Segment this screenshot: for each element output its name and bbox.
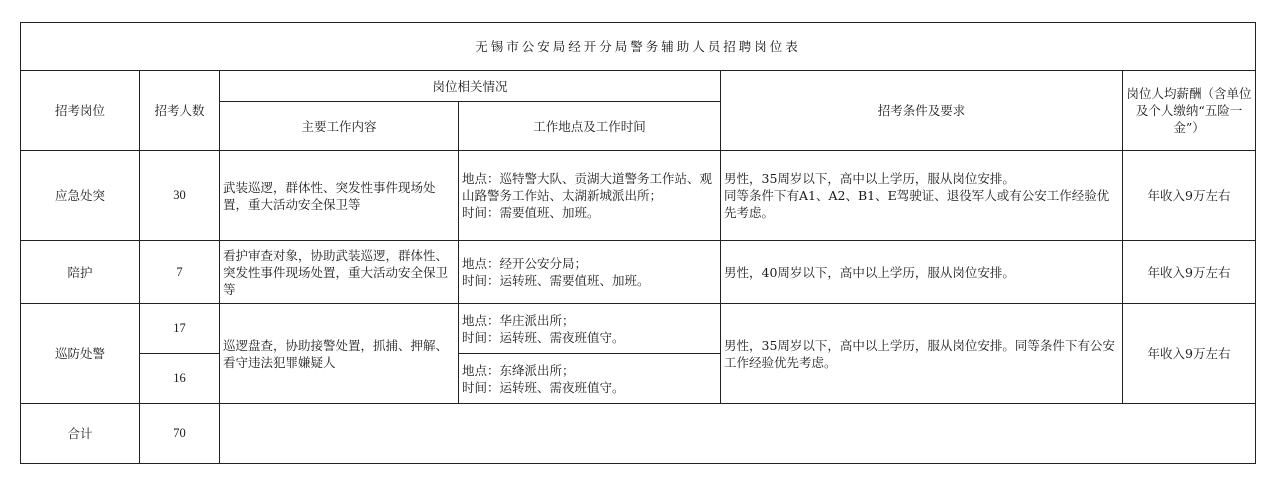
page-title: 无锡市公安局经开分局警务辅助人员招聘岗位表	[21, 23, 1256, 71]
content-cell: 武装巡逻，群体性、突发性事件现场处置，重大活动安全保卫等	[220, 151, 459, 241]
time-text: 时间：需要值班、加班。	[462, 204, 718, 221]
time-text: 时间：运转班、需夜班值守。	[462, 379, 718, 396]
requirements-cell: 男性，35周岁以下，高中以上学历，服从岗位安排。同等条件下有公安工作经验优先考虑…	[721, 304, 1123, 404]
location-text: 地点：东绛派出所；	[462, 362, 718, 379]
count-cell: 16	[140, 354, 220, 404]
requirements-cell: 男性，40周岁以下，高中以上学历，服从岗位安排。	[721, 241, 1123, 304]
total-empty-cell	[220, 404, 1256, 464]
position-cell: 巡防处警	[21, 304, 140, 404]
location-text: 地点：巡特警大队、贡湖大道警务工作站、观山路警务工作站、太湖新城派出所；	[462, 170, 718, 204]
count-cell: 30	[140, 151, 220, 241]
header-location-time: 工作地点及工作时间	[459, 102, 721, 151]
location-text: 地点：华庄派出所；	[462, 312, 718, 329]
header-related: 岗位相关情况	[220, 71, 721, 102]
location-time-cell: 地点：经开公安分局； 时间：运转班、需要值班、加班。	[459, 241, 721, 304]
table-row: 巡防处警 17 巡逻盘查，协助接警处置，抓捕、押解、看守违法犯罪嫌疑人 地点：华…	[21, 304, 1256, 354]
salary-cell: 年收入9万左右	[1123, 304, 1256, 404]
table-row: 应急处突 30 武装巡逻，群体性、突发性事件现场处置，重大活动安全保卫等 地点：…	[21, 151, 1256, 241]
salary-cell: 年收入9万左右	[1123, 151, 1256, 241]
total-count: 70	[140, 404, 220, 464]
header-requirements: 招考条件及要求	[721, 71, 1123, 151]
count-cell: 17	[140, 304, 220, 354]
content-cell: 巡逻盘查，协助接警处置，抓捕、押解、看守违法犯罪嫌疑人	[220, 304, 459, 404]
count-cell: 7	[140, 241, 220, 304]
requirements-text: 男性，35周岁以下，高中以上学历，服从岗位安排。	[724, 170, 1120, 187]
time-text: 时间：运转班、需夜班值守。	[462, 329, 718, 346]
total-label: 合计	[21, 404, 140, 464]
requirements-text: 同等条件下有A1、A2、B1、E驾驶证、退役军人或有公安工作经验优先考虑。	[724, 187, 1120, 221]
header-position: 招考岗位	[21, 71, 140, 151]
requirements-cell: 男性，35周岁以下，高中以上学历，服从岗位安排。 同等条件下有A1、A2、B1、…	[721, 151, 1123, 241]
location-time-cell: 地点：巡特警大队、贡湖大道警务工作站、观山路警务工作站、太湖新城派出所； 时间：…	[459, 151, 721, 241]
salary-cell: 年收入9万左右	[1123, 241, 1256, 304]
total-row: 合计 70	[21, 404, 1256, 464]
header-count: 招考人数	[140, 71, 220, 151]
position-cell: 陪护	[21, 241, 140, 304]
location-time-cell: 地点：华庄派出所； 时间：运转班、需夜班值守。	[459, 304, 721, 354]
time-text: 时间：运转班、需要值班、加班。	[462, 272, 718, 289]
location-text: 地点：经开公安分局；	[462, 255, 718, 272]
content-cell: 看护审查对象，协助武装巡逻，群体性、突发性事件现场处置，重大活动安全保卫等	[220, 241, 459, 304]
header-content: 主要工作内容	[220, 102, 459, 151]
position-cell: 应急处突	[21, 151, 140, 241]
header-salary: 岗位人均薪酬（含单位及个人缴纳“五险一金”）	[1123, 71, 1256, 151]
table-row: 陪护 7 看护审查对象，协助武装巡逻，群体性、突发性事件现场处置，重大活动安全保…	[21, 241, 1256, 304]
recruitment-table: 无锡市公安局经开分局警务辅助人员招聘岗位表 招考岗位 招考人数 岗位相关情况 招…	[20, 22, 1256, 464]
location-time-cell: 地点：东绛派出所； 时间：运转班、需夜班值守。	[459, 354, 721, 404]
